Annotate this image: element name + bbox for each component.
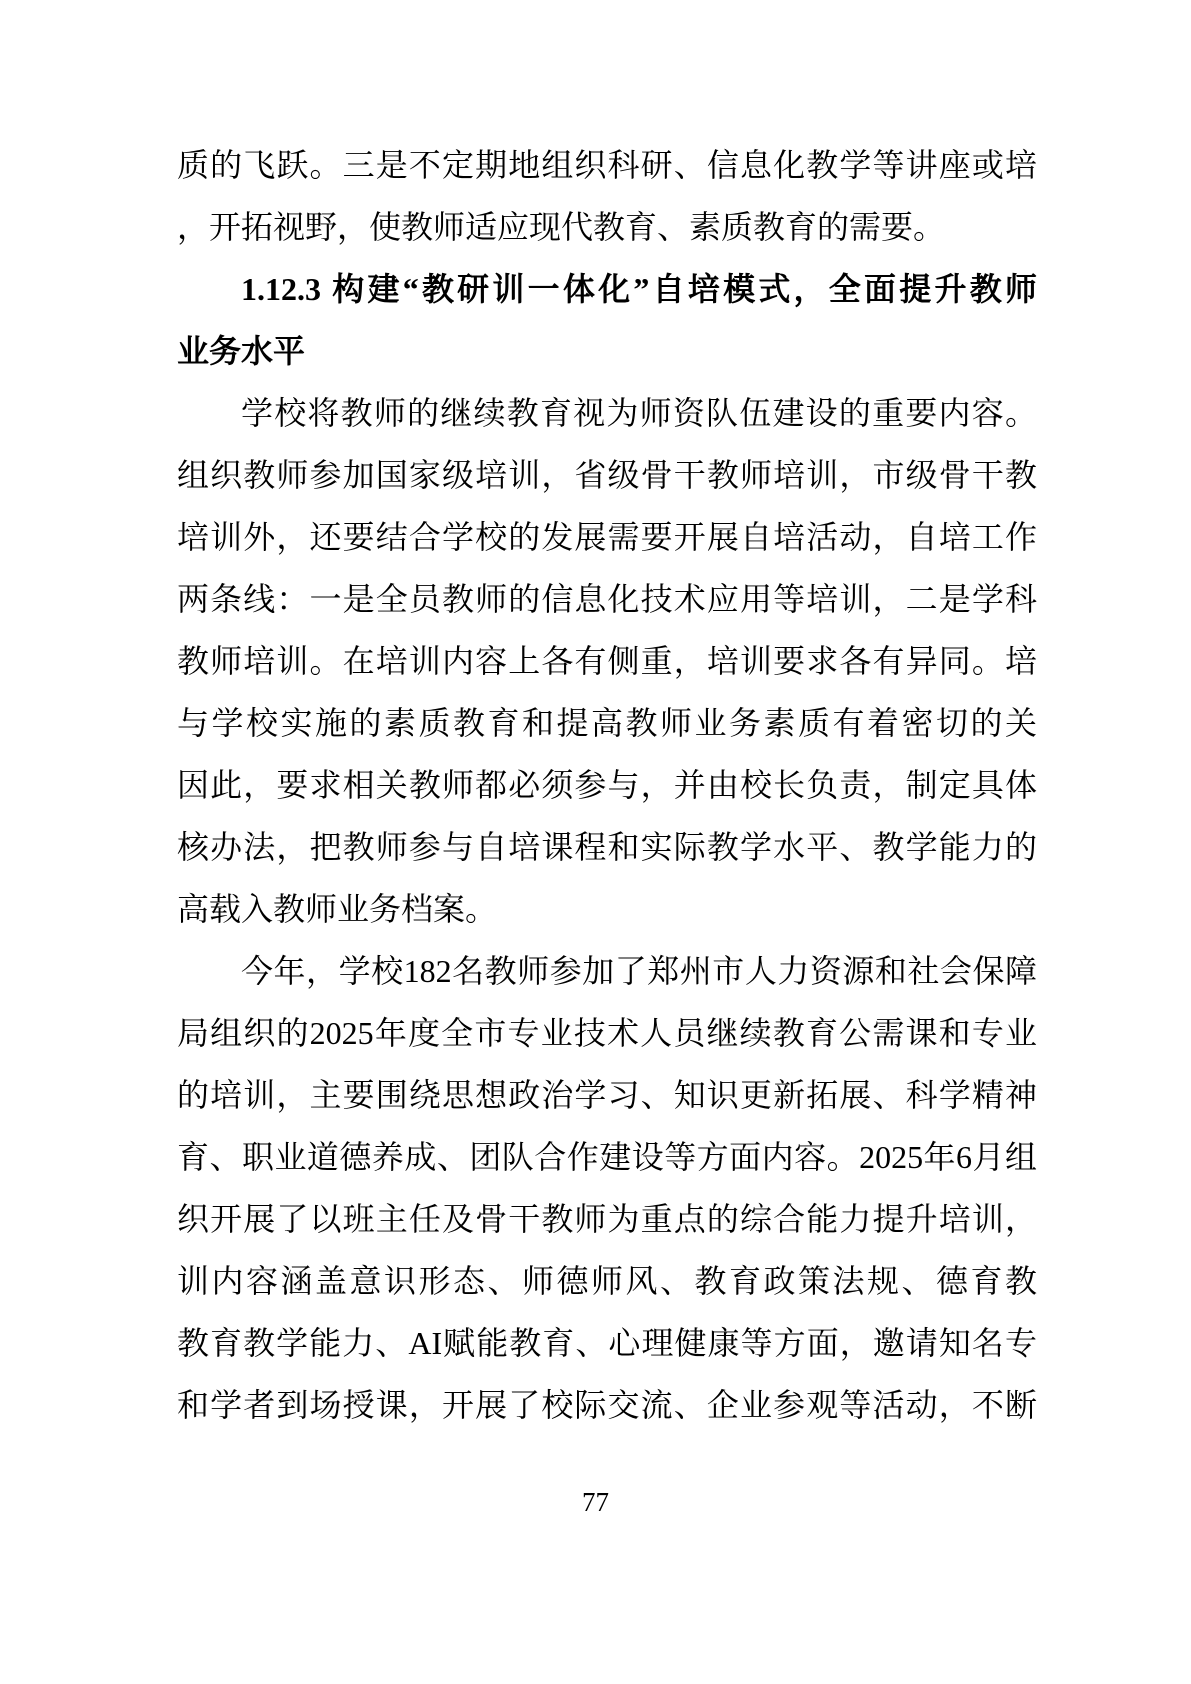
page-number: 77 — [0, 1484, 1191, 1520]
body-text-line: 两条线：一是全员教师的信息化技术应用等培训，二是学科类 — [177, 568, 1037, 630]
body-text-line: 因此，要求相关教师都必须参与，并由校长负责，制定具体考 — [177, 754, 1037, 816]
body-text-line: 育、职业道德养成、团队合作建设等方面内容。2025年6月组 — [177, 1126, 1037, 1188]
body-text-line: 组织教师参加国家级培训，省级骨干教师培训，市级骨干教师 — [177, 444, 1037, 506]
body-text-line: 教师培训。在培训内容上各有侧重，培训要求各有异同。培训 — [177, 630, 1037, 692]
body-text-line: 今年，学校182名教师参加了郑州市人力资源和社会保障 — [177, 940, 1037, 1002]
section-heading-line: 1.12.3 构建“教研训一体化”自培模式，全面提升教师 — [177, 258, 1037, 320]
body-text-line: ，开拓视野，使教师适应现代教育、素质教育的需要。 — [177, 196, 1037, 258]
body-text-line: 教育教学能力、AI赋能教育、心理健康等方面，邀请知名专家 — [177, 1312, 1037, 1374]
section-heading-line: 业务水平 — [177, 320, 1037, 382]
body-text-line: 质的飞跃。三是不定期地组织科研、信息化教学等讲座或培训 — [177, 134, 1037, 196]
body-text-line: 训内容涵盖意识形态、师德师风、教育政策法规、德育教育、 — [177, 1250, 1037, 1312]
body-text-line: 的培训，主要围绕思想政治学习、知识更新拓展、科学精神培 — [177, 1064, 1037, 1126]
body-text-line: 学校将教师的继续教育视为师资队伍建设的重要内容。除 — [177, 382, 1037, 444]
text-block: 质的飞跃。三是不定期地组织科研、信息化教学等讲座或培训 ，开拓视野，使教师适应现… — [177, 134, 1037, 1436]
body-text-line: 核办法，把教师参与自培课程和实际教学水平、教学能力的提 — [177, 816, 1037, 878]
body-text-line: 织开展了以班主任及骨干教师为重点的综合能力提升培训，培 — [177, 1188, 1037, 1250]
body-text-line: 和学者到场授课，开展了校际交流、企业参观等活动，不断更 — [177, 1374, 1037, 1436]
body-text-line: 培训外，还要结合学校的发展需要开展自培活动，自培工作分 — [177, 506, 1037, 568]
body-text-line: 局组织的2025年度全市专业技术人员继续教育公需课和专业课 — [177, 1002, 1037, 1064]
body-text-line: 与学校实施的素质教育和提高教师业务素质有着密切的关系， — [177, 692, 1037, 754]
body-text-line: 高载入教师业务档案。 — [177, 878, 1037, 940]
document-page: 质的飞跃。三是不定期地组织科研、信息化教学等讲座或培训 ，开拓视野，使教师适应现… — [0, 0, 1191, 1684]
